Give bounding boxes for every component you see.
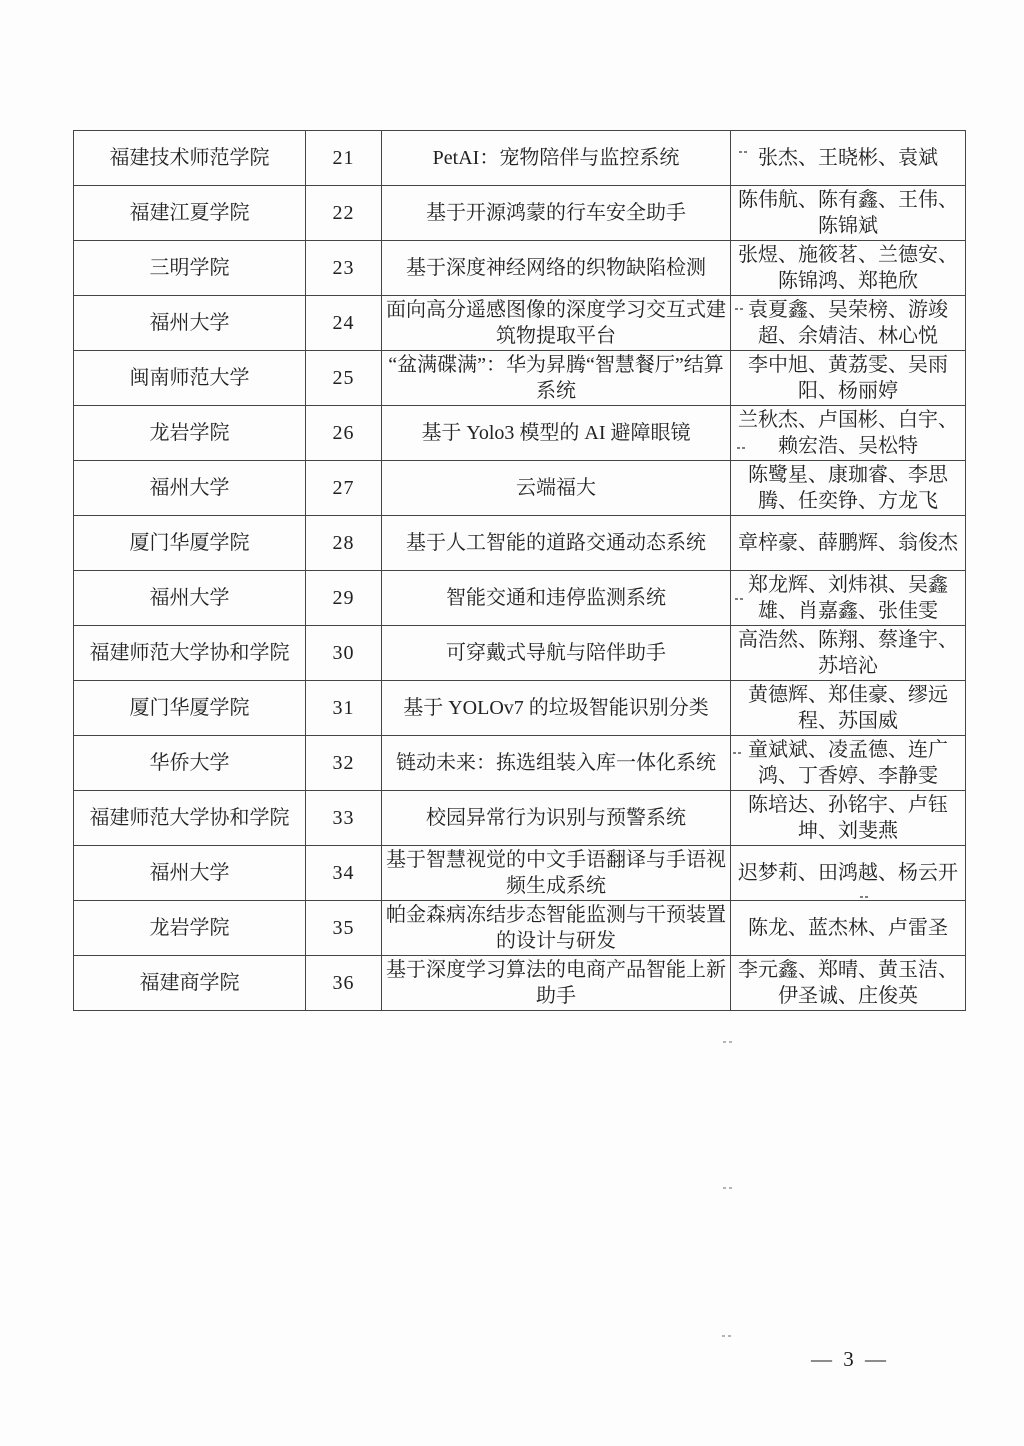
table-row: 厦门华厦学院31基于 YOLOv7 的垃圾智能识别分类黄德辉、郑佳豪、缪远程、苏… [74, 681, 966, 736]
serial-number-cell: 22 [306, 186, 382, 241]
serial-number-cell: 21 [306, 131, 382, 186]
table-row: 龙岩学院35帕金森病冻结步态智能监测与干预装置的设计与研发陈龙、蓝杰林、卢雷圣 [74, 901, 966, 956]
school-name-cell: 福建江夏学院 [74, 186, 306, 241]
table-row: 福州大学34基于智慧视觉的中文手语翻译与手语视频生成系统迟梦莉、田鸿越、杨云开 [74, 846, 966, 901]
school-name-cell: 福州大学 [74, 461, 306, 516]
project-title-cell: 云端福大 [382, 461, 731, 516]
project-title-cell: 基于开源鸿蒙的行车安全助手 [382, 186, 731, 241]
team-members-cell: 黄德辉、郑佳豪、缪远程、苏国威 [731, 681, 966, 736]
serial-number-cell: 29 [306, 571, 382, 626]
scan-artifact [735, 598, 738, 600]
school-name-cell: 闽南师范大学 [74, 351, 306, 406]
table-row: 福建技术师范学院21PetAI：宠物陪伴与监控系统张杰、王晓彬、袁斌 [74, 131, 966, 186]
project-title-cell: 基于深度神经网络的织物缺陷检测 [382, 241, 731, 296]
serial-number-cell: 24 [306, 296, 382, 351]
project-title-cell: “盆满碟满”：华为昇腾“智慧餐厅”结算系统 [382, 351, 731, 406]
serial-number-cell: 27 [306, 461, 382, 516]
scan-artifact [733, 752, 736, 754]
school-name-cell: 厦门华厦学院 [74, 516, 306, 571]
project-title-cell: 基于 YOLOv7 的垃圾智能识别分类 [382, 681, 731, 736]
school-name-cell: 福建师范大学协和学院 [74, 626, 306, 681]
project-title-cell: 校园异常行为识别与预警系统 [382, 791, 731, 846]
scan-artifact [722, 1335, 725, 1337]
table-row: 福建江夏学院22基于开源鸿蒙的行车安全助手陈伟航、陈有鑫、王伟、陈锦斌 [74, 186, 966, 241]
table-row: 福州大学27云端福大陈鹭星、康珈睿、李思腾、任奕铮、方龙飞 [74, 461, 966, 516]
serial-number-cell: 30 [306, 626, 382, 681]
scan-artifact [739, 151, 742, 153]
table-row: 厦门华厦学院28基于人工智能的道路交通动态系统章梓豪、薛鹏辉、翁俊杰 [74, 516, 966, 571]
team-members-cell: 迟梦莉、田鸿越、杨云开 [731, 846, 966, 901]
school-name-cell: 三明学院 [74, 241, 306, 296]
team-members-cell: 李中旭、黄荔雯、吴雨阳、杨丽婷 [731, 351, 966, 406]
project-title-cell: 智能交通和违停监测系统 [382, 571, 731, 626]
team-members-cell: 陈鹭星、康珈睿、李思腾、任奕铮、方龙飞 [731, 461, 966, 516]
project-title-cell: 基于人工智能的道路交通动态系统 [382, 516, 731, 571]
serial-number-cell: 32 [306, 736, 382, 791]
serial-number-cell: 23 [306, 241, 382, 296]
project-title-cell: 基于深度学习算法的电商产品智能上新助手 [382, 956, 731, 1011]
project-title-cell: 基于 Yolo3 模型的 AI 避障眼镜 [382, 406, 731, 461]
page-number: — 3 — [790, 1347, 910, 1372]
team-members-cell: 陈伟航、陈有鑫、王伟、陈锦斌 [731, 186, 966, 241]
school-name-cell: 福建商学院 [74, 956, 306, 1011]
school-name-cell: 龙岩学院 [74, 406, 306, 461]
serial-number-cell: 31 [306, 681, 382, 736]
school-name-cell: 福州大学 [74, 296, 306, 351]
school-name-cell: 龙岩学院 [74, 901, 306, 956]
table-row: 龙岩学院26基于 Yolo3 模型的 AI 避障眼镜兰秋杰、卢国彬、白宇、赖宏浩… [74, 406, 966, 461]
team-members-cell: 章梓豪、薛鹏辉、翁俊杰 [731, 516, 966, 571]
serial-number-cell: 34 [306, 846, 382, 901]
table-row: 闽南师范大学25“盆满碟满”：华为昇腾“智慧餐厅”结算系统李中旭、黄荔雯、吴雨阳… [74, 351, 966, 406]
project-title-cell: 基于智慧视觉的中文手语翻译与手语视频生成系统 [382, 846, 731, 901]
team-members-cell: 张煜、施筱茗、兰德安、陈锦鸿、郑艳欣 [731, 241, 966, 296]
team-members-cell: 童斌斌、凌孟德、连广鸿、丁香婷、李静雯 [731, 736, 966, 791]
team-members-cell: 陈培达、孙铭宇、卢钰坤、刘斐燕 [731, 791, 966, 846]
serial-number-cell: 28 [306, 516, 382, 571]
project-title-cell: 面向高分遥感图像的深度学习交互式建筑物提取平台 [382, 296, 731, 351]
team-members-cell: 李元鑫、郑晴、黄玉洁、伊圣诚、庄俊英 [731, 956, 966, 1011]
school-name-cell: 厦门华厦学院 [74, 681, 306, 736]
serial-number-cell: 26 [306, 406, 382, 461]
project-title-cell: 帕金森病冻结步态智能监测与干预装置的设计与研发 [382, 901, 731, 956]
table-row: 福州大学29智能交通和违停监测系统郑龙辉、刘炜祺、吴鑫雄、肖嘉鑫、张佳雯 [74, 571, 966, 626]
table-row: 三明学院23基于深度神经网络的织物缺陷检测张煜、施筱茗、兰德安、陈锦鸿、郑艳欣 [74, 241, 966, 296]
team-members-cell: 张杰、王晓彬、袁斌 [731, 131, 966, 186]
team-members-cell: 郑龙辉、刘炜祺、吴鑫雄、肖嘉鑫、张佳雯 [731, 571, 966, 626]
project-title-cell: 链动未来：拣选组装入库一体化系统 [382, 736, 731, 791]
school-name-cell: 福州大学 [74, 846, 306, 901]
table-row: 华侨大学32链动未来：拣选组装入库一体化系统童斌斌、凌孟德、连广鸿、丁香婷、李静… [74, 736, 966, 791]
table-row: 福建商学院36基于深度学习算法的电商产品智能上新助手李元鑫、郑晴、黄玉洁、伊圣诚… [74, 956, 966, 1011]
team-members-cell: 袁夏鑫、吴荣榜、游竣超、余婧洁、林心悦 [731, 296, 966, 351]
serial-number-cell: 36 [306, 956, 382, 1011]
table-row: 福建师范大学协和学院30可穿戴式导航与陪伴助手高浩然、陈翔、蔡逢宇、苏培沁 [74, 626, 966, 681]
school-name-cell: 华侨大学 [74, 736, 306, 791]
table-row: 福州大学24面向高分遥感图像的深度学习交互式建筑物提取平台袁夏鑫、吴荣榜、游竣超… [74, 296, 966, 351]
team-members-cell: 高浩然、陈翔、蔡逢宇、苏培沁 [731, 626, 966, 681]
serial-number-cell: 33 [306, 791, 382, 846]
project-title-cell: PetAI：宠物陪伴与监控系统 [382, 131, 731, 186]
scan-artifact [735, 308, 738, 310]
award-table: 福建技术师范学院21PetAI：宠物陪伴与监控系统张杰、王晓彬、袁斌福建江夏学院… [73, 130, 966, 1011]
scan-artifact [723, 1187, 726, 1189]
table-row: 福建师范大学协和学院33校园异常行为识别与预警系统陈培达、孙铭宇、卢钰坤、刘斐燕 [74, 791, 966, 846]
school-name-cell: 福建技术师范学院 [74, 131, 306, 186]
scan-artifact [860, 896, 863, 898]
serial-number-cell: 35 [306, 901, 382, 956]
school-name-cell: 福州大学 [74, 571, 306, 626]
team-members-cell: 兰秋杰、卢国彬、白宇、赖宏浩、吴松特 [731, 406, 966, 461]
project-title-cell: 可穿戴式导航与陪伴助手 [382, 626, 731, 681]
team-members-cell: 陈龙、蓝杰林、卢雷圣 [731, 901, 966, 956]
scan-artifact [723, 1041, 726, 1043]
school-name-cell: 福建师范大学协和学院 [74, 791, 306, 846]
document-page: 福建技术师范学院21PetAI：宠物陪伴与监控系统张杰、王晓彬、袁斌福建江夏学院… [0, 0, 1024, 1446]
scan-artifact [737, 447, 740, 449]
serial-number-cell: 25 [306, 351, 382, 406]
